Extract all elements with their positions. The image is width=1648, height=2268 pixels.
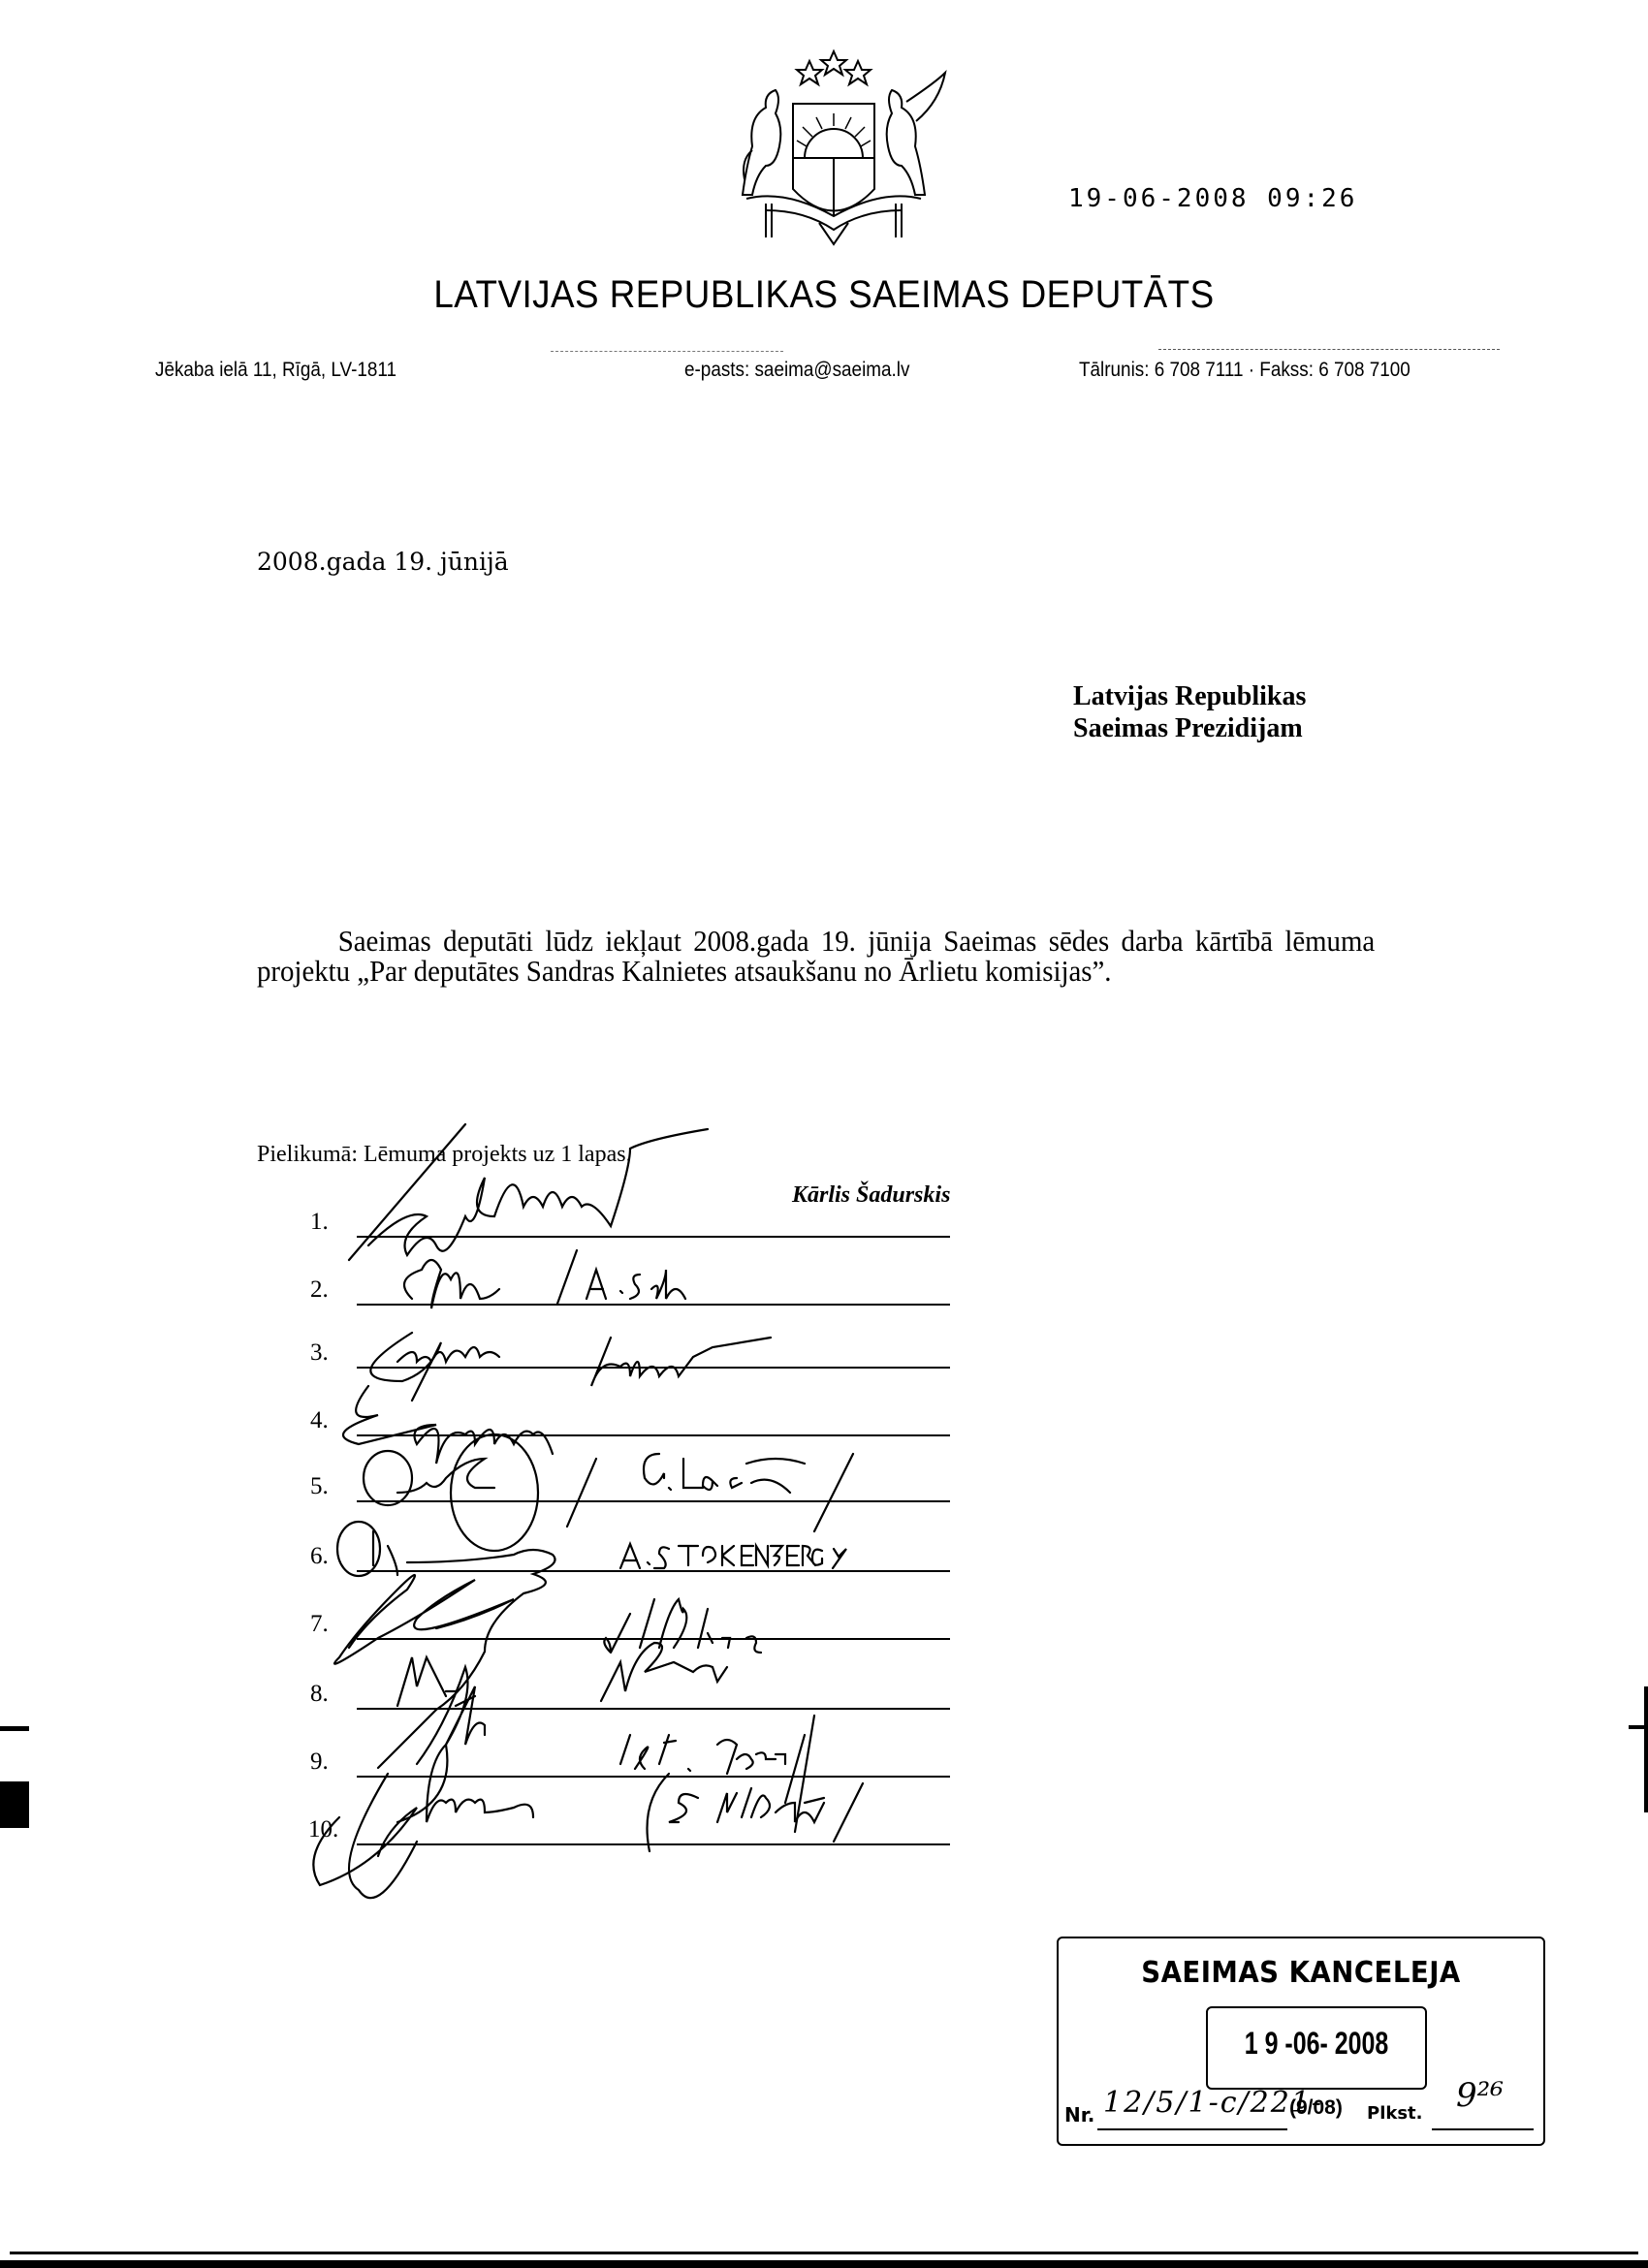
registration-stamp: SAEIMAS KANCELEJA 1 9 -06- 2008 Nr. 12/5… [1057, 1937, 1545, 2146]
letterhead-divider [551, 351, 783, 352]
fax-timestamp: 19-06-2008 09:26 [1068, 184, 1357, 213]
stamp-time-underline [1432, 2128, 1534, 2130]
signature-number: 2. [310, 1276, 329, 1304]
signature-line [357, 1708, 950, 1710]
addressee: Latvijas Republikas Saeimas Prezidijam [1073, 680, 1306, 744]
scan-edge-mark [0, 1781, 29, 1828]
stamp-nr-year: (9/08) [1289, 2096, 1343, 2120]
letter-body: Saeimas deputāti lūdz iekļaut 2008.gada … [257, 926, 1375, 986]
stamp-nr-label: Nr. [1064, 2103, 1094, 2126]
addressee-line: Saeimas Prezidijam [1073, 712, 1306, 744]
signature-number: 8. [310, 1681, 329, 1708]
signature-line [357, 1776, 950, 1778]
signature-number: 3. [310, 1339, 329, 1367]
signature-line [357, 1434, 950, 1436]
printed-signatory-name: Kārlis Šadurskis [792, 1182, 950, 1209]
signature-number: 6. [310, 1543, 329, 1570]
signature-line [357, 1638, 950, 1640]
letter-date: 2008.gada 19. jūnijā [257, 548, 509, 576]
signature-number: 4. [310, 1407, 329, 1434]
stamp-time-label: Plkst. [1367, 2103, 1423, 2124]
contact-address: Jēkaba ielā 11, Rīgā, LV-1811 [155, 359, 396, 382]
scan-bottom-edge [10, 2252, 1638, 2254]
letterhead-title: LATVIJAS REPUBLIKAS SAEIMAS DEPUTĀTS [66, 273, 1582, 317]
stamp-date: 1 9 -06- 2008 [1232, 2026, 1402, 2062]
signature-number: 10. [308, 1816, 338, 1843]
scan-edge-mark [1644, 1686, 1648, 1812]
scan-bottom-edge [0, 2260, 1648, 2268]
handwritten-signatures [0, 0, 1648, 2268]
stamp-date-box: 1 9 -06- 2008 [1206, 2006, 1427, 2090]
signature-line [357, 1500, 950, 1502]
signature-number: 9. [310, 1748, 329, 1776]
contact-email: e-pasts: saeima@saeima.lv [684, 359, 909, 382]
signature-number: 1. [310, 1209, 329, 1236]
signature-line [357, 1843, 950, 1845]
stamp-nr-underline [1097, 2128, 1287, 2130]
signature-line [357, 1304, 950, 1306]
stamp-title: SAEIMAS KANCELEJA [1078, 1956, 1524, 1990]
signature-line [357, 1570, 950, 1572]
addressee-line: Latvijas Republikas [1073, 680, 1306, 712]
letterhead-divider [1158, 349, 1500, 350]
signature-line [357, 1367, 950, 1369]
signature-number: 5. [310, 1473, 329, 1500]
coat-of-arms-icon [708, 44, 960, 247]
contact-phone-fax: Tālrunis: 6 708 7111 · Fakss: 6 708 7100 [1079, 359, 1410, 382]
signature-number: 7. [310, 1611, 329, 1638]
scan-edge-mark [0, 1726, 29, 1731]
attachment-note: Pielikumā: Lēmuma projekts uz 1 lapas. [257, 1142, 632, 1168]
signature-line [357, 1236, 950, 1238]
stamp-time-value: 9²⁶ [1456, 2076, 1504, 2115]
